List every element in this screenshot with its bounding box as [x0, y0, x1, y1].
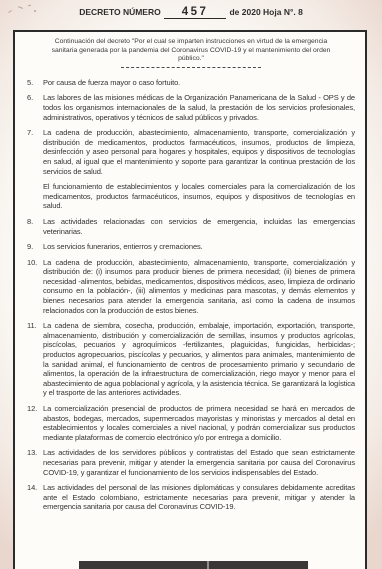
item-text: Los servicios funerarios, entierros y cr…: [43, 242, 355, 252]
list-item-9: 9. Los servicios funerarios, entierros y…: [27, 242, 355, 252]
list-item-6: 6. Las labores de las misiones médicas d…: [27, 93, 355, 122]
item-text: Las labores de las misiones médicas de l…: [43, 93, 355, 122]
item-number: 6.: [27, 93, 43, 122]
item-number: 13.: [27, 448, 43, 477]
list-item-7: 7. La cadena de producción, abastecimien…: [27, 128, 355, 211]
item-text: La cadena de producción, abastecimiento,…: [43, 128, 355, 176]
cutoff-signature-table-bar: [79, 561, 308, 569]
item-text: La comercialización presencial de produc…: [43, 404, 355, 442]
decree-header: DECRETO NÚMERO 457 de 2020 Hoja N°. 8: [0, 6, 382, 19]
dashed-divider: [121, 65, 261, 68]
item-number: 7.: [27, 128, 43, 211]
item-text: La cadena de producción, abastecimiento,…: [43, 258, 355, 316]
item-number: 10.: [27, 258, 43, 316]
list-item-5: 5. Por causa de fuerza mayor o caso fort…: [27, 78, 355, 88]
item-text: La cadena de siembra, cosecha, producció…: [43, 321, 355, 398]
decree-item-list: 5. Por causa de fuerza mayor o caso fort…: [27, 78, 355, 512]
decree-header-suffix: de 2020 Hoja N°. 8: [229, 7, 302, 17]
continuation-note: Continuación del decreto "Por el cual se…: [27, 38, 355, 64]
item-number: 5.: [27, 78, 43, 88]
item-text: El funcionamiento de establecimientos y …: [43, 182, 355, 211]
item-number: 14.: [27, 483, 43, 512]
list-item-13: 13. Las actividades de los servidores pú…: [27, 448, 355, 477]
item-number: 8.: [27, 217, 43, 236]
item-text: Las actividades del personal de las misi…: [43, 483, 355, 512]
item-text: Las actividades de los servidores públic…: [43, 448, 355, 477]
item-number: 11.: [27, 321, 43, 398]
decree-header-label: DECRETO NÚMERO: [79, 7, 161, 17]
signature-table-column-divider: [207, 561, 209, 569]
item-number: 9.: [27, 242, 43, 252]
item-text: Por causa de fuerza mayor o caso fortuit…: [43, 78, 355, 88]
list-item-8: 8. Las actividades relacionadas con serv…: [27, 217, 355, 236]
list-item-10: 10. La cadena de producción, abastecimie…: [27, 258, 355, 316]
item-number: 12.: [27, 404, 43, 442]
item-text: Las actividades relacionadas con servici…: [43, 217, 355, 236]
list-item-11: 11. La cadena de siembra, cosecha, produ…: [27, 321, 355, 398]
list-item-14: 14. Las actividades del personal de las …: [27, 483, 355, 512]
document-frame: Continuación del decreto "Por el cual se…: [13, 30, 367, 569]
decree-number-stamp: 457: [164, 6, 226, 19]
list-item-12: 12. La comercialización presencial de pr…: [27, 404, 355, 442]
